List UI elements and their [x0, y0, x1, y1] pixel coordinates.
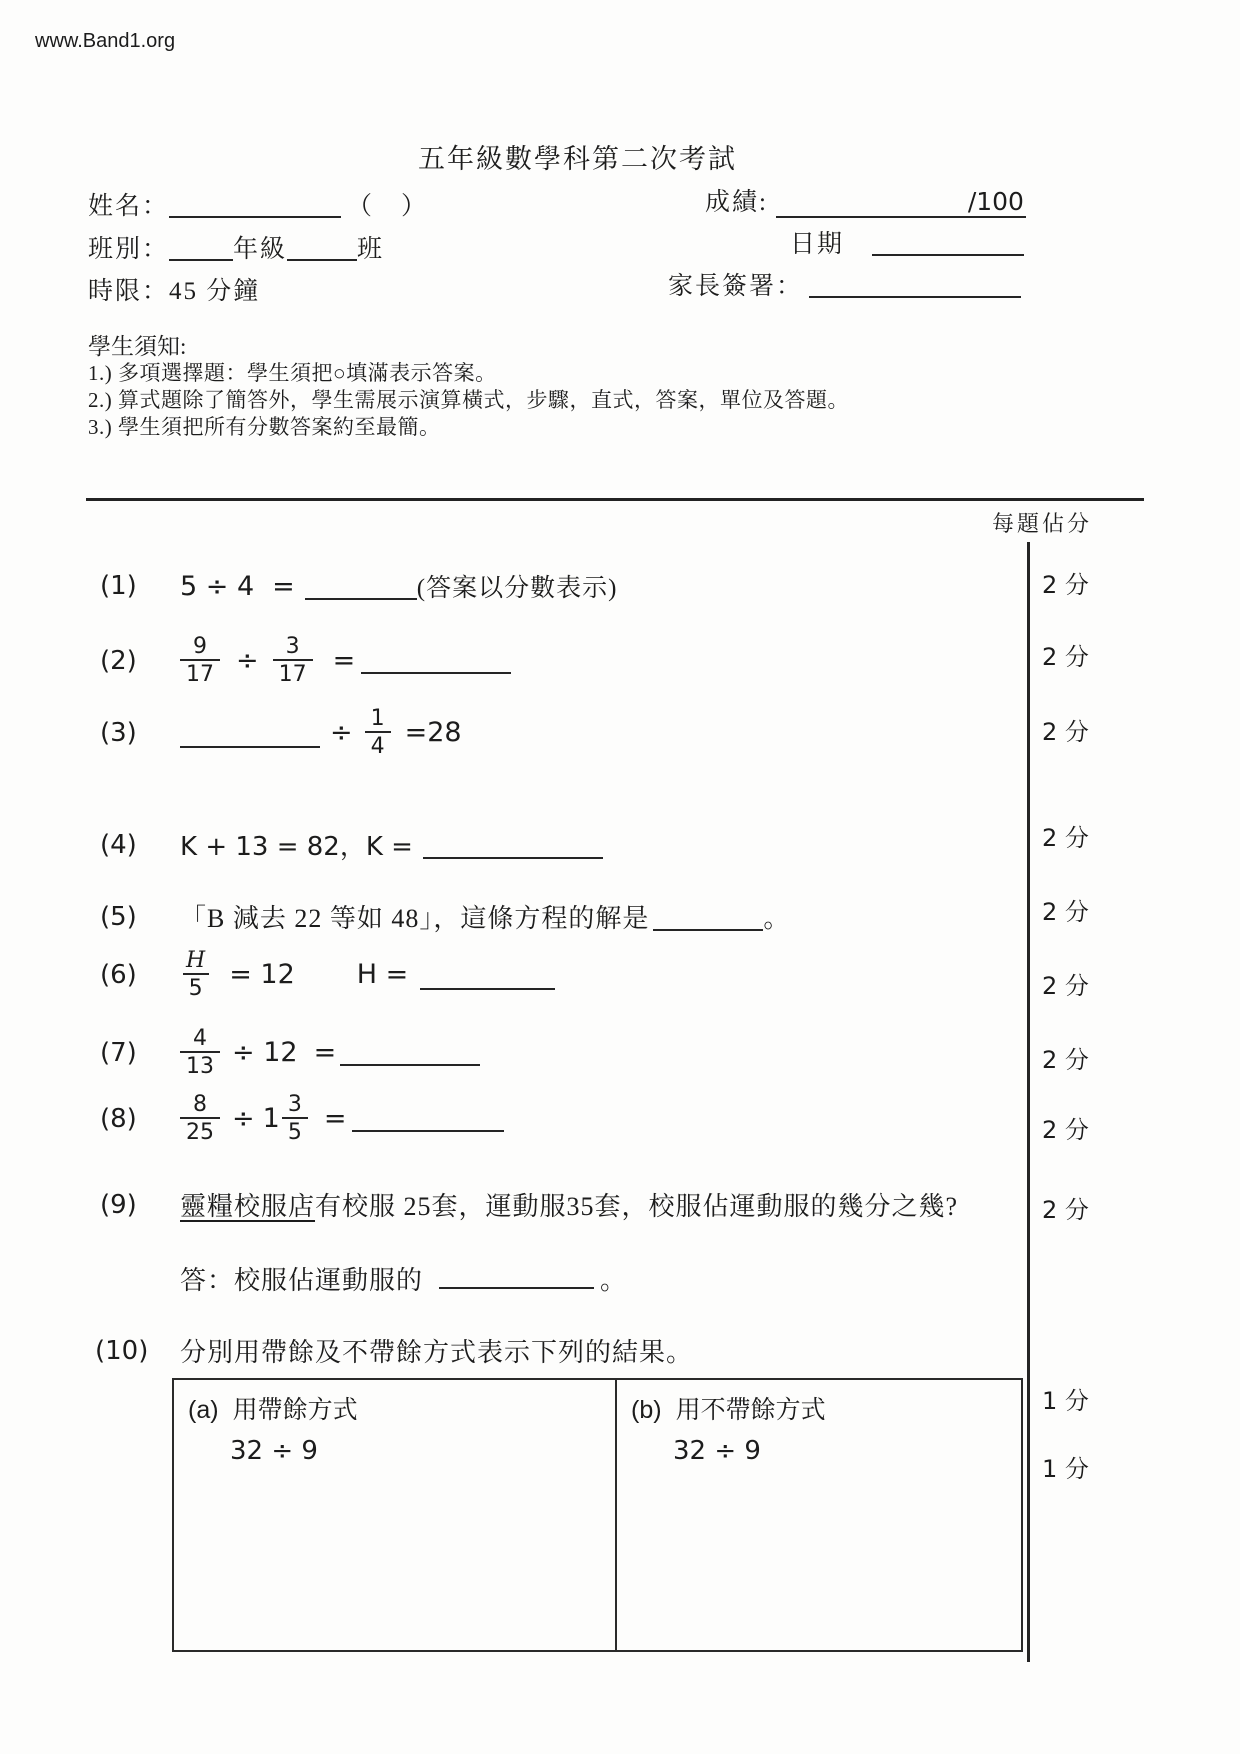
- cell-a-title: 用帶餘方式: [233, 1390, 358, 1426]
- table-cell-with-remainder: (a) 用帶餘方式 32 ÷ 9: [174, 1380, 617, 1650]
- score-label: 成績:: [705, 182, 768, 218]
- question-9-shop-name: 靈糧校服店: [180, 1192, 315, 1221]
- fraction-denominator: 5: [183, 973, 209, 1001]
- score-total: /100: [968, 187, 1024, 216]
- question-8-whole-number: 1: [263, 1103, 280, 1134]
- question-9-number: (9): [100, 1190, 180, 1220]
- site-watermark: www.Band1.org: [35, 30, 175, 53]
- time-limit-label: 時限：45 分鐘: [88, 271, 260, 307]
- question-3-operator: ÷: [330, 717, 353, 748]
- note-item-2: 2.) 算式題除了簡答外，學生需展示演算橫式，步驟，直式，答案，單位及答題。: [88, 384, 849, 414]
- question-10: (10) 分別用帶餘及不帶餘方式表示下列的結果。: [95, 1332, 693, 1369]
- grade-suffix: 年級: [233, 229, 287, 265]
- division-methods-table: (a) 用帶餘方式 32 ÷ 9 (b) 用不帶餘方式 32 ÷ 9: [172, 1378, 1023, 1652]
- date-field: 日期: [790, 224, 1024, 260]
- parent-signature-field: 家長簽署：: [668, 266, 1021, 302]
- fraction-numerator: 9: [187, 634, 213, 659]
- exam-paper-page: www.Band1.org 五年級數學科第二次考試 姓名： （ ） 成績: /1…: [0, 0, 1240, 1754]
- class-label: 班別：: [88, 229, 169, 265]
- question-3: (3) ÷ 1 4 =28: [100, 706, 462, 760]
- fraction-denominator: 5: [282, 1117, 308, 1145]
- question-3-equals-value: =28: [405, 717, 462, 748]
- points-column-rule: [1027, 542, 1030, 1662]
- question-5: (5) 「B 減去 22 等如 48」，這條方程的解是 。: [100, 898, 790, 935]
- page-title: 五年級數學科第二次考試: [418, 137, 737, 176]
- note-item-3: 3.) 學生須把所有分數答案約至最簡。: [88, 411, 441, 441]
- cell-b-expression: 32 ÷ 9: [673, 1436, 1007, 1466]
- question-8-points: 2 分: [1042, 1110, 1089, 1145]
- cell-b-label: (b): [631, 1396, 662, 1425]
- points-column-header: 每題佔分: [992, 507, 1092, 538]
- question-1-note: (答案以分數表示): [417, 568, 618, 604]
- question-7-equals: =: [314, 1037, 337, 1068]
- question-7-fraction: 4 13: [180, 1026, 220, 1080]
- question-9-answer-prefix: 答：校服佔運動服的: [180, 1260, 423, 1297]
- question-7-points: 2 分: [1042, 1040, 1089, 1075]
- score-field: 成績: /100: [705, 182, 1026, 218]
- fraction-denominator: 4: [365, 731, 391, 759]
- question-5-answer-blank: [653, 929, 763, 931]
- question-5-text: 「B 減去 22 等如 48」，這條方程的解是: [180, 898, 649, 935]
- question-2-points: 2 分: [1042, 637, 1089, 672]
- question-3-points: 2 分: [1042, 712, 1089, 747]
- question-5-period: 。: [763, 898, 790, 935]
- question-7-operator: ÷ 12: [232, 1037, 298, 1068]
- question-8: (8) 8 25 ÷ 1 3 5 =: [100, 1092, 504, 1146]
- question-2-fraction-2: 3 17: [273, 634, 313, 688]
- name-blank: [169, 216, 341, 218]
- cell-a-expression: 32 ÷ 9: [230, 1436, 601, 1466]
- question-4-answer-blank: [423, 857, 603, 859]
- question-2-number: (2): [100, 646, 180, 676]
- grade-blank: [169, 259, 233, 261]
- question-9: (9) 靈糧校服店有校服 25套，運動服35套，校服佔運動服的幾分之幾?: [100, 1186, 958, 1223]
- question-6: (6) H 5 = 12 H =: [100, 948, 555, 1002]
- question-8-operator: ÷: [232, 1103, 255, 1134]
- question-1-equals: =: [272, 571, 295, 602]
- fraction-numerator: 3: [280, 634, 306, 659]
- question-8-answer-blank: [352, 1130, 504, 1132]
- question-9-points: 2 分: [1042, 1190, 1089, 1225]
- question-7: (7) 4 13 ÷ 12 =: [100, 1026, 480, 1080]
- cell-b-title: 用不帶餘方式: [676, 1390, 826, 1426]
- question-8-mixed-fraction: 3 5: [282, 1092, 308, 1146]
- name-paren: （ ）: [347, 186, 428, 222]
- fraction-denominator: 13: [180, 1051, 220, 1079]
- question-8-number: (8): [100, 1104, 180, 1134]
- question-2-answer-blank: [361, 672, 511, 674]
- fraction-numerator: 1: [365, 706, 391, 731]
- question-2: (2) 9 17 ÷ 3 17 =: [100, 634, 511, 688]
- fraction-denominator: 17: [180, 659, 220, 687]
- name-label: 姓名：: [88, 186, 169, 222]
- fraction-numerator: 8: [187, 1092, 213, 1117]
- question-1-number: (1): [100, 571, 180, 601]
- fraction-numerator: 3: [282, 1092, 308, 1117]
- question-6-answer-blank: [420, 988, 555, 990]
- date-blank: [872, 254, 1024, 256]
- table-cell-without-remainder: (b) 用不帶餘方式 32 ÷ 9: [617, 1380, 1021, 1650]
- cell-a-points: 1 分: [1042, 1381, 1089, 1416]
- parent-signature-label: 家長簽署：: [668, 266, 803, 302]
- question-3-fraction: 1 4: [365, 706, 391, 760]
- date-label: 日期: [790, 224, 844, 260]
- question-6-number: (6): [100, 960, 180, 990]
- question-8-equals: =: [324, 1103, 347, 1134]
- question-6-variable-equals: H =: [357, 959, 409, 990]
- question-2-fraction-1: 9 17: [180, 634, 220, 688]
- question-8-fraction: 8 25: [180, 1092, 220, 1146]
- question-9-answer-period: 。: [600, 1260, 627, 1297]
- question-6-fraction: H 5: [180, 948, 211, 1002]
- question-4-points: 2 分: [1042, 818, 1089, 853]
- class-field: 班別： 年級 班: [88, 229, 384, 265]
- class-blank: [287, 259, 357, 261]
- question-10-number: (10): [95, 1336, 180, 1366]
- name-field: 姓名： （ ）: [88, 186, 428, 222]
- question-6-points: 2 分: [1042, 966, 1089, 1001]
- fraction-numerator: 4: [187, 1026, 213, 1051]
- section-divider: [86, 498, 1144, 501]
- question-4: (4) K + 13 = 82，K =: [100, 826, 603, 863]
- question-1-answer-blank: [305, 598, 417, 600]
- question-5-number: (5): [100, 902, 180, 932]
- parent-signature-blank: [809, 296, 1021, 298]
- question-4-number: (4): [100, 830, 180, 860]
- question-2-operator: ÷: [236, 645, 259, 676]
- cell-b-points: 1 分: [1042, 1449, 1089, 1484]
- note-item-1: 1.) 多項選擇題：學生須把○填滿表示答案。: [88, 357, 497, 387]
- question-9-answer-line: 答：校服佔運動服的 。: [180, 1260, 627, 1297]
- question-5-points: 2 分: [1042, 892, 1089, 927]
- question-3-number: (3): [100, 718, 180, 748]
- fraction-denominator: 17: [273, 659, 313, 687]
- question-9-text: 有校服 25套，運動服35套，校服佔運動服的幾分之幾?: [315, 1192, 958, 1221]
- fraction-denominator: 25: [180, 1117, 220, 1145]
- score-blank: /100: [776, 187, 1026, 218]
- question-7-number: (7): [100, 1038, 180, 1068]
- question-10-text: 分別用帶餘及不帶餘方式表示下列的結果。: [180, 1332, 693, 1369]
- question-4-equation: K + 13 = 82，K =: [180, 826, 413, 863]
- question-6-equals-value: = 12: [229, 959, 295, 990]
- question-3-answer-blank: [180, 746, 320, 748]
- fraction-numerator: H: [180, 948, 211, 973]
- class-suffix: 班: [357, 229, 384, 265]
- cell-a-label: (a): [188, 1396, 219, 1425]
- question-7-answer-blank: [340, 1064, 480, 1066]
- question-1: (1) 5 ÷ 4 = (答案以分數表示): [100, 568, 617, 604]
- question-2-equals: =: [333, 645, 356, 676]
- question-1-points: 2 分: [1042, 565, 1089, 600]
- question-1-expression: 5 ÷ 4: [180, 571, 254, 602]
- question-9-answer-blank: [439, 1287, 594, 1289]
